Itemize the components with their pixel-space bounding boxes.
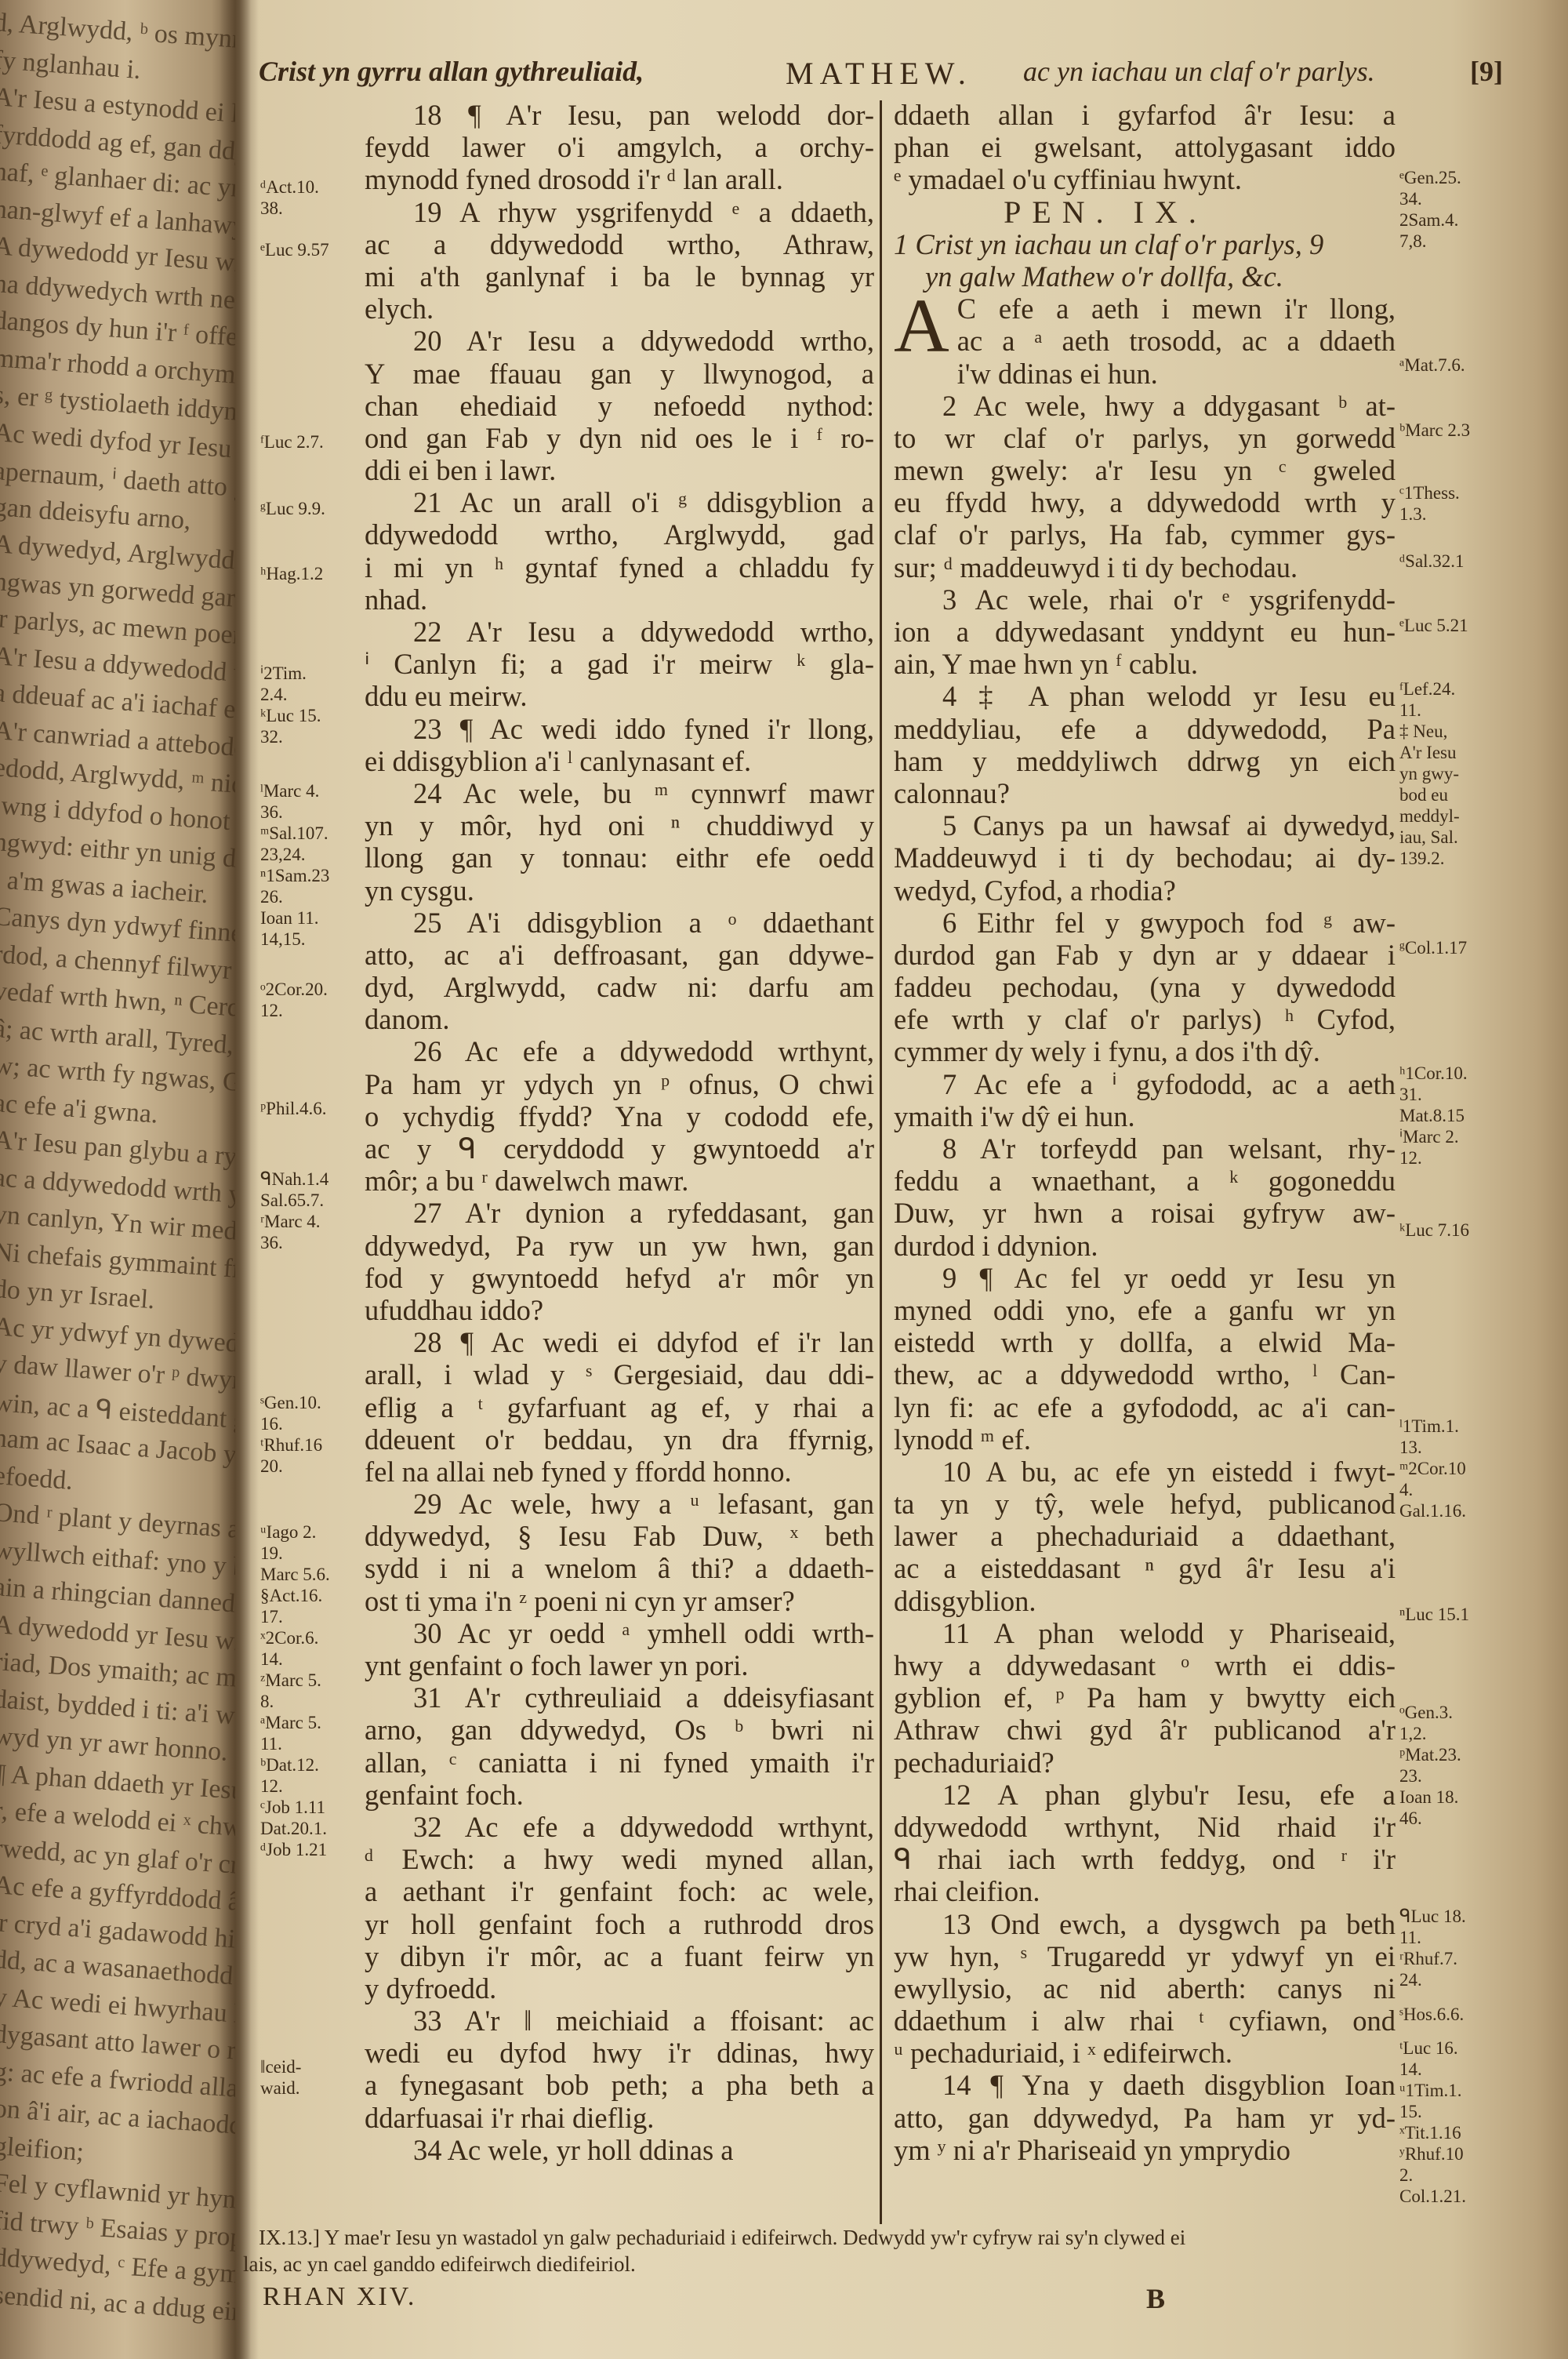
- text-line: allan, ᶜ caniatta i ni fyned ymaith i'r: [365, 1747, 874, 1779]
- text-line: môr; a bu ʳ dawelwch mawr.: [365, 1165, 874, 1197]
- text-line: gyblion ef, ᵖ Pa ham y bwytty eich: [894, 1681, 1396, 1714]
- text-line: chan ehediaid y nefoedd nythod:: [365, 390, 874, 422]
- text-line: nhad.: [365, 583, 874, 616]
- text-line: lyn fi: ac efe a gyfododd, ac a'i can-: [894, 1391, 1396, 1423]
- text-line: 13 Ond ewch, a dysgwch pa beth: [894, 1908, 1396, 1940]
- cross-reference-note: ᵘIago 2. 19. Marc 5.6. §Act.16. 17. ˣ2Co…: [260, 1521, 330, 1860]
- cross-reference-note: ʰ1Cor.10. 31. Mat.8.15 ⁱMarc 2. 12.: [1399, 1063, 1468, 1169]
- text-line: ain, Y mae hwn yn ᶠ cablu.: [894, 648, 1396, 680]
- text-line: genfaint foch.: [365, 1779, 874, 1811]
- text-line: o ychydig ffydd? Yna y cododd efe,: [365, 1100, 874, 1132]
- book-gutter: [220, 0, 259, 2359]
- text-line: wedi eu dyfod hwy i'r ddinas, hwy: [365, 2037, 874, 2069]
- cross-reference-note: ʰHag.1.2: [260, 563, 323, 584]
- text-line: mynodd fyned drosodd i'r ᵈ lan arall.: [365, 163, 874, 195]
- text-line: C efe a aeth i mewn i'r llong,: [894, 293, 1396, 325]
- cross-reference-note: ᵇMarc 2.3: [1399, 420, 1470, 441]
- text-line: dyd, Arglwydd, cadw ni: darfu am: [365, 971, 874, 1003]
- cross-reference-note: ᵉLuc 9.57: [260, 239, 329, 260]
- text-line: atto, gan ddywedyd, Pa ham yr yd-: [894, 2102, 1396, 2134]
- text-line: sydd i ni a wnelom â thi? a ddaeth-: [365, 1552, 874, 1584]
- text-line: 25 A'i ddisgyblion a ᵒ ddaethant: [365, 907, 874, 939]
- signature-mark: B: [1146, 2282, 1165, 2315]
- text-line: feydd lawer o'i amgylch, a orchy-: [365, 131, 874, 163]
- text-line: ddarfuasai i'r rhai dieflig.: [365, 2102, 874, 2134]
- text-line: faddeu pechodau, (yna y dywedodd: [894, 971, 1396, 1003]
- chapter-heading: PEN. IX.: [800, 196, 1411, 228]
- facing-page-line: ac efe a'i gwna.: [0, 1089, 159, 1130]
- text-line: ddywedyd, § Iesu Fab Duw, ˣ beth: [365, 1520, 874, 1552]
- facing-page-line: gan ddeisyfu arno,: [0, 493, 192, 536]
- right-text-column: ddaeth allan i gyfarfod â'r Iesu: aphan …: [894, 99, 1396, 2166]
- cross-reference-note: ᵖPhil.4.6.: [260, 1098, 326, 1119]
- text-line: 10 A bu, ac efe yn eistedd i fwyt-: [894, 1456, 1396, 1488]
- text-line: ᵉ ymadael o'u cyffiniau hwynt.: [894, 163, 1396, 195]
- text-line: durdod gan Fab y dyn ar y ddaear i: [894, 939, 1396, 971]
- text-line: 24 Ac wele, bu ᵐ cynnwrf mawr: [365, 777, 874, 809]
- cross-reference-note: ˢGen.10. 16. ᵗRhuf.16 20.: [260, 1392, 322, 1477]
- footnote-line-1: IX.13.] Y mae'r Iesu yn wastadol yn galw…: [259, 2226, 1185, 2250]
- text-line: ddaethum i alw rhai ᵗ cyfiawn, ond: [894, 2005, 1396, 2037]
- text-line: a aethant i'r genfaint foch: ac wele,: [365, 1875, 874, 1907]
- text-line: ddywedodd wrthynt, Nid rhaid i'r: [894, 1811, 1396, 1843]
- text-line: ac a ddywedodd wrtho, Athraw,: [365, 228, 874, 260]
- cross-reference-note: ᶠLef.24. 11. ‡ Neu, A'r Iesu yn gwy- bod…: [1399, 678, 1460, 869]
- cross-reference-note: ᵒGen.3. 1,2. ᵖMat.23. 23. Ioan 18. 46.: [1399, 1702, 1461, 1829]
- text-line: calonnau?: [894, 777, 1396, 809]
- text-line: 23 ¶ Ac wedi iddo fyned i'r llong,: [365, 713, 874, 745]
- text-line: ond gan Fab y dyn nid oes le i ᶠ ro-: [365, 422, 874, 454]
- cross-reference-note: ᵃMat.7.6.: [1399, 354, 1465, 376]
- text-line: to wr claf o'r parlys, yn gorwedd: [894, 422, 1396, 454]
- facing-page-line: gleifion;: [0, 2132, 85, 2168]
- text-line: yr holl genfaint foch a ruthrodd dros: [365, 1908, 874, 1940]
- cross-reference-note: ᵍLuc 9.9.: [260, 498, 325, 519]
- text-line: 8 A'r torfeydd pan welsant, rhy-: [894, 1132, 1396, 1165]
- text-line: elych.: [365, 293, 874, 325]
- text-line: mewn gwely: a'r Iesu yn ᶜ gweled: [894, 454, 1396, 486]
- text-line: lawer a phechaduriaid a ddaethant,: [894, 1520, 1396, 1552]
- text-line: 7 Ac efe a ⁱ gyfododd, ac a aeth: [894, 1068, 1396, 1100]
- text-line: 29 Ac wele, hwy a ᵘ lefasant, gan: [365, 1488, 874, 1520]
- text-line: ewyllysio, ac nid aberth: canys ni: [894, 1972, 1396, 2005]
- text-line: i mi yn ʰ gyntaf fyned a chladdu fy: [365, 551, 874, 583]
- text-line: 22 A'r Iesu a ddywedodd wrtho,: [365, 616, 874, 648]
- cross-reference-note: ᶠLuc 2.7.: [260, 431, 324, 453]
- facing-page-fragment: d, Arglwydd, ᵇ os mynni, ᶜfy nglanhau i.…: [0, 0, 235, 2359]
- text-line: arall, i wlad y ˢ Gergesiaid, dau ddi-: [365, 1358, 874, 1390]
- text-line: ᵈ Ewch: a hwy wedi myned allan,: [365, 1843, 874, 1875]
- text-line: myned oddi yno, efe a ganfu wr yn: [894, 1294, 1396, 1326]
- summary-line: 1 Crist yn iachau un claf o'r parlys, 9: [894, 228, 1396, 260]
- text-line: ddywedodd wrtho, Arglwydd, gad: [365, 518, 874, 551]
- text-line: ddywedyd, Pa ryw un yw hwn, gan: [365, 1230, 874, 1262]
- text-line: ei ddisgyblion a'i ˡ canlynasant ef.: [365, 745, 874, 777]
- text-line: danom.: [365, 1003, 874, 1035]
- text-line: 2 Ac wele, hwy a ddygasant ᵇ at-: [894, 390, 1396, 422]
- running-header: Crist yn gyrru allan gythreuliaid, MATHE…: [259, 55, 1505, 96]
- text-line: efe wrth y claf o'r parlys) ʰ Cyfod,: [894, 1003, 1396, 1035]
- cross-reference-note: ᵉGen.25. 34. 2Sam.4. 7,8.: [1399, 167, 1461, 252]
- text-line: ym ʸ ni a'r Phariseaid yn ymprydio: [894, 2134, 1396, 2166]
- text-line: yw hyn, ˢ Trugaredd yr ydwyf yn ei: [894, 1940, 1396, 1972]
- text-line: 27 A'r dynion a ryfeddasant, gan: [365, 1197, 874, 1229]
- cross-reference-note: ᑫNah.1.4 Sal.65.7. ʳMarc 4. 36.: [260, 1169, 328, 1253]
- text-line: arno, gan ddywedyd, Os ᵇ bwri ni: [365, 1714, 874, 1746]
- text-line: cymmer dy wely i fynu, a dos i'th dŷ.: [894, 1035, 1396, 1067]
- text-line: ymaith i'w dŷ ei hun.: [894, 1100, 1396, 1132]
- text-line: ion a ddywedasant ynddynt eu hun-: [894, 616, 1396, 648]
- text-line: yn y môr, hyd oni ⁿ chuddiwyd y: [365, 809, 874, 841]
- text-line: 11 A phan welodd y Pharisеaid,: [894, 1617, 1396, 1649]
- text-line: claf o'r parlys, Ha fab, cymmer gys-: [894, 518, 1396, 551]
- text-line: 12 A phan glybu'r Iesu, efe a: [894, 1779, 1396, 1811]
- text-line: 26 Ac efe a ddywedodd wrthynt,: [365, 1035, 874, 1067]
- text-line: 3 Ac wele, rhai o'r ᵉ ysgrifenydd-: [894, 583, 1396, 616]
- running-title-left: Crist yn gyrru allan gythreuliaid,: [259, 55, 644, 88]
- text-line: Duw, yr hwn a roisai gyfryw aw-: [894, 1197, 1396, 1229]
- text-line: 32 Ac efe a ddywedodd wrthynt,: [365, 1811, 874, 1843]
- text-line: i'w ddinas ei hun.: [894, 358, 1396, 390]
- text-line: fod y gwyntoedd hefyd a'r môr yn: [365, 1262, 874, 1294]
- text-line: thew, ac a ddywedodd wrtho, ˡ Can-: [894, 1358, 1396, 1390]
- text-line: 18 ¶ A'r Iesu, pan welodd dor-: [365, 99, 874, 131]
- text-line: sur; ᵈ maddeuwyd i ti dy bechodau.: [894, 551, 1396, 583]
- text-line: 33 A'r ‖ meichiaid a ffoisant: ac: [365, 2005, 874, 2037]
- cross-reference-note: ˢHos.6.6.: [1399, 2004, 1464, 2025]
- text-line: Athraw chwi gyd â'r publicanod a'r: [894, 1714, 1396, 1746]
- facing-page-line: sendid ni, ac a ddug ein cl-: [0, 2281, 235, 2330]
- text-line: 21 Ac un arall o'i ᵍ ddisgyblion a: [365, 486, 874, 518]
- cross-reference-note: ᶜ1Thess. 1.3.: [1399, 482, 1460, 525]
- column-divider: [880, 100, 882, 2224]
- text-line: 19 A rhyw ysgrifenydd ᵉ a ddaeth,: [365, 196, 874, 228]
- text-line: eu ffydd hwy, a ddywedodd wrth y: [894, 486, 1396, 518]
- facing-page-line: efoedd.: [0, 1461, 74, 1496]
- page-number: [9]: [1470, 55, 1503, 88]
- text-line: ddisgyblion.: [894, 1585, 1396, 1617]
- text-line: ac a ᵃ aeth trosodd, ac a ddaeth: [894, 325, 1396, 357]
- left-text-column: 18 ¶ A'r Iesu, pan welodd dor-feydd lawe…: [365, 99, 874, 2166]
- text-line: ost ti yma i'n ᶻ poeni ni cyn yr amser?: [365, 1585, 874, 1617]
- cross-reference-note: ˡMarc 4. 36. ᵐSal.107. 23,24. ⁿ1Sam.23 2…: [260, 780, 329, 950]
- text-line: yn cysgu.: [365, 874, 874, 907]
- text-line: 20 A'r Iesu a ddywedodd wrtho,: [365, 325, 874, 357]
- text-line: eflig a ᵗ gyfarfuant ag ef, y rhai a: [365, 1391, 874, 1423]
- text-line: eistedd wrth y dollfa, a elwid Ma-: [894, 1326, 1396, 1358]
- text-line: 9 ¶ Ac fel yr oedd yr Iesu yn: [894, 1262, 1396, 1294]
- text-line: feddu a wnaethant, a ᵏ gogoneddu: [894, 1165, 1396, 1197]
- cross-reference-note: ᵍCol.1.17: [1399, 937, 1467, 958]
- text-line: ᵘ pechaduriaid, i ˣ edifeirwch.: [894, 2037, 1396, 2069]
- summary-line: yn galw Mathew o'r dollfa, &c.: [894, 260, 1396, 293]
- text-line: y dibyn i'r môr, ac a fuant feirw yn: [365, 1940, 874, 1972]
- facing-page-line: fy nglanhau i.: [0, 45, 142, 85]
- text-line: mi a'th ganlynaf i ba le bynnag yr: [365, 260, 874, 293]
- book-title: MATHEW.: [786, 55, 972, 92]
- cross-reference-note: ᵒ2Cor.20. 12.: [260, 979, 328, 1021]
- text-line: ᑫ rhai iach wrth feddyg, ond ʳ i'r: [894, 1843, 1396, 1875]
- cross-reference-note: ᵏLuc 7.16: [1399, 1219, 1469, 1241]
- chapter-summary: 1 Crist yn iachau un claf o'r parlys, 9y…: [894, 228, 1396, 293]
- text-line: 5 Canys pa un hawsaf ai dywedyd,: [894, 809, 1396, 841]
- text-line: ta yn y tŷ, wele hefyd, publicanod: [894, 1488, 1396, 1520]
- footnote-line-2: lais, ac yn cael ganddo edifeirwch diedi…: [243, 2252, 636, 2277]
- text-line: 28 ¶ Ac wedi ei ddyfod ef i'r lan: [365, 1326, 874, 1358]
- running-title-right: ac yn iachau un claf o'r parlys.: [1023, 55, 1375, 88]
- text-line: ddu eu meirw.: [365, 680, 874, 712]
- facing-page-line: do yn yr Israel.: [0, 1274, 156, 1315]
- text-line: 14 ¶ Yna y daeth disgyblion Ioan: [894, 2069, 1396, 2101]
- facing-page-line: , a'm gwas a iacheir.: [0, 865, 209, 910]
- cross-reference-note: ᵉLuc 5.21: [1399, 615, 1468, 636]
- text-line: a fynegasant bob peth; a pha beth a: [365, 2069, 874, 2101]
- cross-reference-note: ˡ1Tim.1. 13. ᵐ2Cor.10 4. Gal.1.16.: [1399, 1416, 1466, 1521]
- text-line: phan ei gwelsant, attolygasant iddo: [894, 131, 1396, 163]
- text-line: durdod i ddynion.: [894, 1230, 1396, 1262]
- text-line: 31 A'r cythreuliaid a ddeisyfiasant: [365, 1681, 874, 1714]
- text-line: hwy a ddywedasant ᵒ wrth ei ddis-: [894, 1649, 1396, 1681]
- cross-reference-note: ᑫLuc 18. 11. ʳRhuf.7. 24.: [1399, 1906, 1466, 1990]
- text-line: 34 Ac wele, yr holl ddinas a: [365, 2134, 874, 2166]
- part-label: RHAN XIV.: [263, 2282, 416, 2312]
- cross-reference-note: ᵗLuc 16. 14. ᵘ1Tim.1. 15. ˣTit.1.16 ʸRhu…: [1399, 2037, 1466, 2207]
- text-line: Pa ham yr ydych yn ᵖ ofnus, O chwi: [365, 1068, 874, 1100]
- text-line: ddi ei ben i lawr.: [365, 454, 874, 486]
- text-line: 6 Eithr fel y gwypoch fod ᵍ aw-: [894, 907, 1396, 939]
- text-line: ⁱ Canlyn fi; a gad i'r meirw ᵏ gla-: [365, 648, 874, 680]
- text-line: ynt genfaint o foch lawer yn pori.: [365, 1649, 874, 1681]
- text-line: wedyd, Cyfod, a rhodia?: [894, 874, 1396, 907]
- text-line: Maddeuwyd i ti dy bechodau; ai dy-: [894, 841, 1396, 874]
- text-line: meddyliau, efe a ddywedodd, Pa: [894, 713, 1396, 745]
- text-line: rhai cleifion.: [894, 1875, 1396, 1907]
- cross-reference-note: ⁱ2Tim. 2.4. ᵏLuc 15. 32.: [260, 663, 321, 747]
- text-line: ddaeth allan i gyfarfod â'r Iesu: a: [894, 99, 1396, 131]
- text-line: ufuddhau iddo?: [365, 1294, 874, 1326]
- cross-reference-note: ⁿLuc 15.1: [1399, 1604, 1469, 1625]
- text-line: y dyfroedd.: [365, 1972, 874, 2005]
- cross-reference-note: ‖ceid- waid.: [260, 2056, 301, 2099]
- text-line: Y mae ffauau gan y llwynogod, a: [365, 358, 874, 390]
- text-line: llong gan y tonnau: eithr efe oedd: [365, 841, 874, 874]
- text-line: ham y meddyliwch ddrwg yn eich: [894, 745, 1396, 777]
- text-line: fel na allai neb fyned y ffordd honno.: [365, 1456, 874, 1488]
- chapter-opening: A C efe a aeth i mewn i'r llong,ac a ᵃ a…: [894, 293, 1396, 357]
- text-line: atto, ac a'i deffroasant, gan ddywe-: [365, 939, 874, 971]
- text-line: ac a eisteddasant ⁿ gyd â'r Iesu a'i: [894, 1552, 1396, 1584]
- cross-reference-note: ᵈSal.32.1: [1399, 551, 1465, 572]
- drop-cap: A: [894, 294, 949, 358]
- text-line: 30 Ac yr oedd ᵃ ymhell oddi wrth-: [365, 1617, 874, 1649]
- text-line: ddeuent o'r beddau, yn dra ffyrnig,: [365, 1423, 874, 1456]
- cross-reference-note: ᵈAct.10. 38.: [260, 176, 319, 219]
- text-line: lynodd ᵐ ef.: [894, 1423, 1396, 1456]
- text-line: pechaduriaid?: [894, 1747, 1396, 1779]
- text-line: ac y ᑫ ceryddodd y gwyntoedd a'r: [365, 1132, 874, 1165]
- text-line: 4 ‡ A phan welodd yr Iesu eu: [894, 680, 1396, 712]
